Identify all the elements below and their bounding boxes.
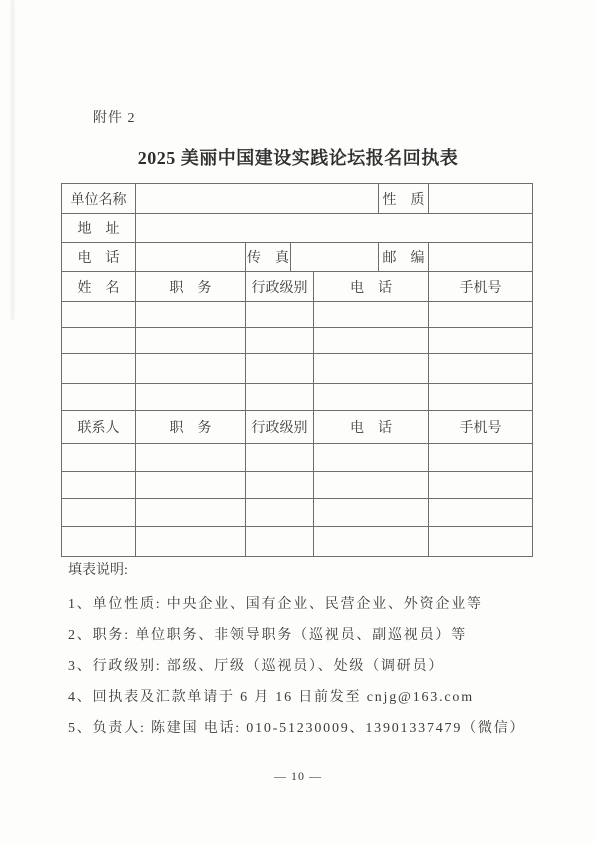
table-cell <box>429 354 533 384</box>
attendee-mobile-header: 手机号 <box>429 272 533 302</box>
attendee-admin-level-header: 行政级别 <box>246 272 314 302</box>
attendee-row <box>62 384 533 411</box>
table-cell <box>429 384 533 411</box>
table-cell <box>62 472 136 499</box>
notes-heading: 填表说明: <box>68 560 538 593</box>
table-cell <box>314 527 429 557</box>
attendee-row <box>62 354 533 384</box>
contact-name-header: 联系人 <box>62 411 136 444</box>
table-cell <box>136 472 246 499</box>
table-cell <box>246 472 314 499</box>
contact-mobile-header: 手机号 <box>429 411 533 444</box>
table-row: 单位名称 性 质 <box>62 184 533 214</box>
address-label: 地 址 <box>62 214 136 243</box>
table-cell <box>246 328 314 354</box>
contact-admin-level-header: 行政级别 <box>246 411 314 444</box>
contact-header-row: 联系人 职 务 行政级别 电 话 手机号 <box>62 411 533 444</box>
contact-row <box>62 444 533 472</box>
table-cell <box>136 354 246 384</box>
attachment-label: 附件 2 <box>93 107 136 127</box>
table-cell <box>429 527 533 557</box>
contact-row <box>62 527 533 557</box>
contact-row <box>62 472 533 499</box>
notes-list: 1、单位性质: 中央企业、国有企业、民营企业、外资企业等 2、职务: 单位职务、… <box>68 593 538 748</box>
table-row: 地 址 <box>62 214 533 243</box>
table-cell <box>136 444 246 472</box>
table-cell <box>246 384 314 411</box>
table-cell <box>246 354 314 384</box>
table-cell <box>429 499 533 527</box>
nature-label: 性 质 <box>379 184 429 214</box>
note-item: 4、回执表及汇款单请于 6 月 16 日前发至 cnjg@163.com <box>68 686 538 717</box>
contact-phone-header: 电 话 <box>314 411 429 444</box>
attendee-phone-header: 电 话 <box>314 272 429 302</box>
postcode-label: 邮 编 <box>379 243 429 272</box>
contact-row <box>62 499 533 527</box>
note-item: 1、单位性质: 中央企业、国有企业、民营企业、外资企业等 <box>68 593 538 624</box>
notes-section: 填表说明: 1、单位性质: 中央企业、国有企业、民营企业、外资企业等 2、职务:… <box>68 560 538 748</box>
unit-name-label: 单位名称 <box>62 184 136 214</box>
table-cell <box>62 499 136 527</box>
nature-value <box>429 184 533 214</box>
note-item: 5、负责人: 陈建国 电话: 010-51230009、13901337479（… <box>68 717 538 748</box>
table-cell <box>136 527 246 557</box>
table-cell <box>136 302 246 328</box>
table-cell <box>246 444 314 472</box>
fax-label: 传 真 <box>246 243 291 272</box>
postcode-value <box>429 243 533 272</box>
table-cell <box>62 444 136 472</box>
table-cell <box>314 472 429 499</box>
table-cell <box>314 384 429 411</box>
table-cell <box>62 354 136 384</box>
table-cell <box>314 499 429 527</box>
table-cell <box>429 472 533 499</box>
table-cell <box>314 354 429 384</box>
unit-name-value <box>136 184 379 214</box>
attendee-position-header: 职 务 <box>136 272 246 302</box>
table-cell <box>62 302 136 328</box>
table-cell <box>429 302 533 328</box>
page-title: 2025 美丽中国建设实践论坛报名回执表 <box>0 144 596 170</box>
table-cell <box>136 499 246 527</box>
table-cell <box>314 328 429 354</box>
fax-value <box>291 243 379 272</box>
attendee-row <box>62 328 533 354</box>
table-cell <box>62 527 136 557</box>
table-cell <box>314 302 429 328</box>
table-cell <box>246 527 314 557</box>
note-item: 3、行政级别: 部级、厅级（巡视员）、处级（调研员） <box>68 655 538 686</box>
attendee-header-row: 姓 名 职 务 行政级别 电 话 手机号 <box>62 272 533 302</box>
attendee-row <box>62 302 533 328</box>
table-cell <box>429 328 533 354</box>
page-number: — 10 — <box>0 769 596 784</box>
table-cell <box>314 444 429 472</box>
table-cell <box>429 444 533 472</box>
table-cell <box>246 499 314 527</box>
contact-position-header: 职 务 <box>136 411 246 444</box>
attendee-name-header: 姓 名 <box>62 272 136 302</box>
phone-value <box>136 243 246 272</box>
table-cell <box>136 384 246 411</box>
note-item: 2、职务: 单位职务、非领导职务（巡视员、副巡视员）等 <box>68 624 538 655</box>
table-cell <box>246 302 314 328</box>
table-row: 电 话 传 真 邮 编 <box>62 243 533 272</box>
phone-label: 电 话 <box>62 243 136 272</box>
address-value <box>136 214 533 243</box>
registration-table: 单位名称 性 质 地 址 电 话 传 真 邮 编 姓 名 职 务 行政级别 电 … <box>61 183 533 557</box>
table-cell <box>62 384 136 411</box>
table-cell <box>62 328 136 354</box>
table-cell <box>136 328 246 354</box>
